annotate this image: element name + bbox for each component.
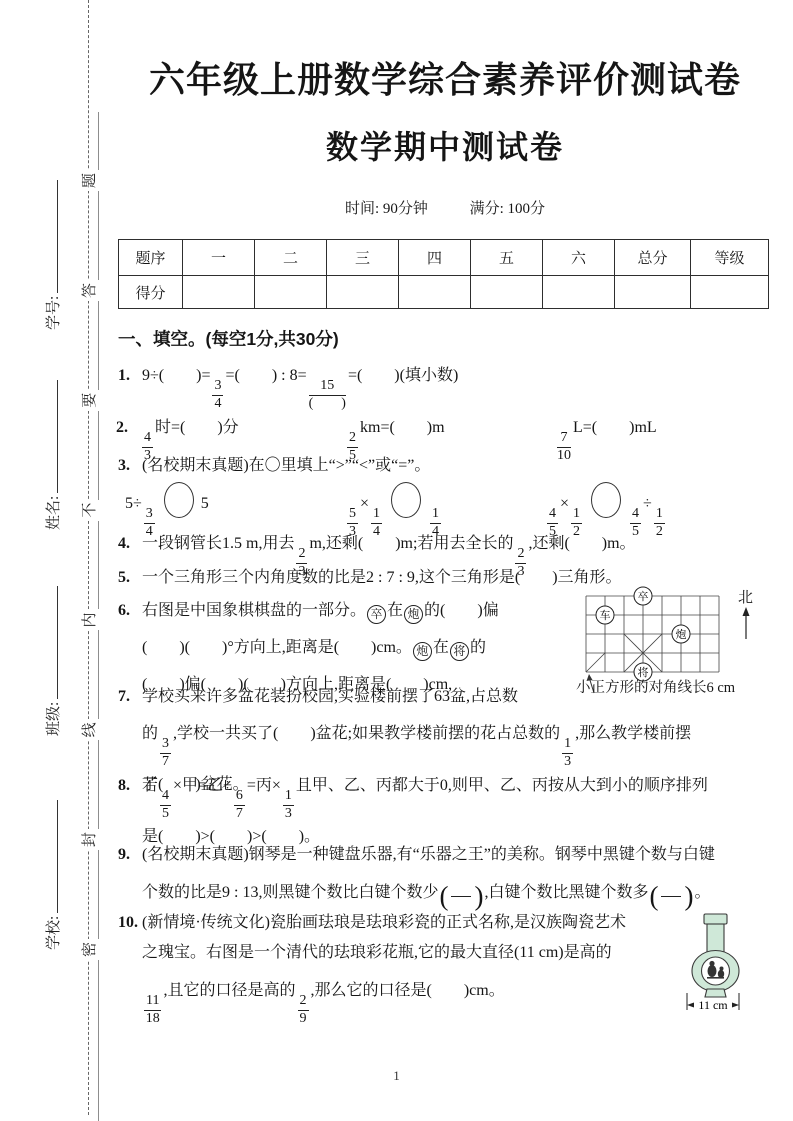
- circled-piece-char: 将: [450, 642, 469, 661]
- seal-char: 密: [78, 939, 99, 960]
- score-table-score-row: 得分: [119, 276, 769, 309]
- field-blank-line: [44, 180, 58, 293]
- svg-text:炮: 炮: [676, 627, 687, 641]
- paper-meta: 时间: 90分钟 满分: 100分: [105, 197, 785, 218]
- diameter-label: 11 cm: [698, 998, 728, 1012]
- score-header-cell: 题序: [119, 240, 183, 276]
- score-header-cell: 六: [543, 240, 615, 276]
- question-8-line-1: 8.若45×甲=乙÷67=丙×13且甲、乙、丙都大于0,则甲、乙、丙按从大到小的…: [118, 764, 782, 821]
- field-label: 学校:: [42, 916, 63, 950]
- north-indicator: 北: [738, 590, 753, 645]
- circled-piece-char: 卒: [367, 605, 386, 624]
- question-number: 8.: [118, 764, 142, 808]
- score-header-cell: 一: [183, 240, 255, 276]
- seal-line-text: 密 封 线 内 不 要 答 题: [79, 170, 97, 960]
- circled-piece-char: 炮: [404, 605, 423, 624]
- score-row-label: 得分: [119, 276, 183, 309]
- question-10: 10.(新情境·传统文化)瓷胎画珐琅是珐琅彩瓷的正式名称,是汉族陶瓷艺术 之瑰宝…: [118, 908, 782, 1026]
- question-1-line: 1.9÷( )=34=( ) : 8=15( )=( )(填小数): [118, 354, 782, 411]
- seal-char: 答: [78, 280, 99, 301]
- question-number: 7.: [118, 682, 142, 712]
- north-arrow-icon: [740, 607, 752, 641]
- question-10-line-2: 之瑰宝。右图是一个清代的珐琅彩花瓶,它的最大直径(11 cm)是高的: [118, 938, 782, 968]
- seal-char: 不: [78, 500, 99, 521]
- score-table-header-row: 题序 一 二 三 四 五 六 总分 等级: [119, 240, 769, 276]
- question-number: 6.: [118, 592, 142, 629]
- vase-figure: 11 cm: [685, 913, 743, 1022]
- question-2-line: 2.43时=( )分 25km=( )m 710L=( )mL: [118, 404, 782, 452]
- chess-piece-soldier: 卒: [634, 587, 652, 605]
- svg-text:卒: 卒: [638, 589, 649, 603]
- score-cell: [471, 276, 543, 309]
- score-cell: [691, 276, 769, 309]
- question-number: 3.: [118, 452, 142, 480]
- exam-paper-page: 密 封 线 内 不 要 答 题 学号: 姓名: 班级: 学校: 六年级上册数学综…: [0, 0, 793, 1121]
- question-number: 4.: [118, 522, 142, 566]
- comparison-circle: [391, 482, 421, 518]
- vase-svg: 11 cm: [685, 913, 743, 1017]
- score-header-cell: 二: [255, 240, 327, 276]
- meta-score: 满分: 100分: [470, 201, 545, 217]
- question-9-line-1: 9.(名校期末真题)钢琴是一种键盘乐器,有“乐器之王”的美称。钢琴中黑键个数与白…: [118, 840, 782, 870]
- vase-foot: [705, 989, 726, 997]
- paper-title: 六年级上册数学综合素养评价测试卷: [105, 52, 785, 103]
- field-blank-line: [44, 800, 58, 913]
- seal-char: 线: [78, 719, 99, 740]
- comparison-circle: [591, 482, 621, 518]
- paper-subtitle: 数学期中测试卷: [105, 122, 785, 168]
- score-header-cell: 等级: [691, 240, 769, 276]
- field-blank-line: [44, 586, 58, 699]
- circled-piece-char: 炮: [413, 642, 432, 661]
- score-cell: [183, 276, 255, 309]
- fraction-blank: (): [649, 883, 693, 910]
- question-number: 2.: [116, 404, 140, 452]
- question-7-line-2: 的37,学校一共买了( )盆花;如果教学楼前摆的花占总数的13,那么教学楼前摆: [118, 712, 782, 769]
- sidebar-field-student-number: 学号:: [42, 180, 62, 330]
- chess-piece-cannon: 炮: [672, 625, 690, 643]
- field-blank-line: [44, 380, 58, 493]
- section-1-heading: 一、填空。(每空1分,共30分): [118, 326, 339, 351]
- fraction-blank: (): [439, 883, 483, 910]
- chess-piece-chariot: 车: [596, 606, 614, 624]
- sidebar-field-class: 班级:: [42, 586, 62, 736]
- comparison-circle: [164, 482, 194, 518]
- chessboard-caption: 小正方形的对角线长6 cm: [576, 676, 735, 697]
- field-label: 姓名:: [42, 496, 63, 530]
- question-2: 2.43时=( )分 25km=( )m 710L=( )mL: [118, 404, 782, 452]
- score-header-cell: 四: [399, 240, 471, 276]
- question-1: 1.9÷( )=34=( ) : 8=15( )=( )(填小数): [118, 354, 782, 411]
- score-table: 题序 一 二 三 四 五 六 总分 等级 得分: [118, 239, 769, 309]
- question-number: 10.: [118, 908, 142, 938]
- question-3: 3.(名校期末真题)在〇里填上“>”“<”或“=”。 5÷345 53×1414…: [118, 452, 782, 532]
- question-9: 9.(名校期末真题)钢琴是一种键盘乐器,有“乐器之王”的美称。钢琴中黑键个数与白…: [118, 840, 782, 916]
- field-label: 学号:: [42, 296, 63, 330]
- score-header-cell: 总分: [615, 240, 691, 276]
- seal-char: 内: [78, 609, 99, 630]
- sidebar-field-school: 学校:: [42, 800, 62, 950]
- north-label: 北: [738, 590, 753, 607]
- seal-char: 要: [78, 390, 99, 411]
- question-number: 5.: [118, 564, 142, 592]
- question-3-line: 3.(名校期末真题)在〇里填上“>”“<”或“=”。: [118, 452, 782, 480]
- page-number: 1: [0, 1068, 793, 1084]
- score-header-cell: 五: [471, 240, 543, 276]
- score-cell: [327, 276, 399, 309]
- sidebar-field-name: 姓名:: [42, 380, 62, 530]
- question-number: 9.: [118, 840, 142, 870]
- score-cell: [615, 276, 691, 309]
- vase-neck: [707, 924, 724, 952]
- seal-char: 题: [78, 170, 99, 191]
- meta-time: 时间: 90分钟: [345, 201, 428, 217]
- question-10-line-1: 10.(新情境·传统文化)瓷胎画珐琅是珐琅彩瓷的正式名称,是汉族陶瓷艺术: [118, 908, 782, 938]
- score-header-cell: 三: [327, 240, 399, 276]
- question-10-line-3: 1118,且它的口径是高的29,那么它的口径是( )cm。: [118, 968, 782, 1026]
- field-label: 班级:: [42, 702, 63, 736]
- score-cell: [255, 276, 327, 309]
- score-cell: [399, 276, 471, 309]
- svg-text:车: 车: [600, 609, 611, 622]
- vase-lip: [704, 914, 727, 924]
- seal-char: 封: [78, 829, 99, 850]
- question-number: 1.: [118, 354, 142, 398]
- score-cell: [543, 276, 615, 309]
